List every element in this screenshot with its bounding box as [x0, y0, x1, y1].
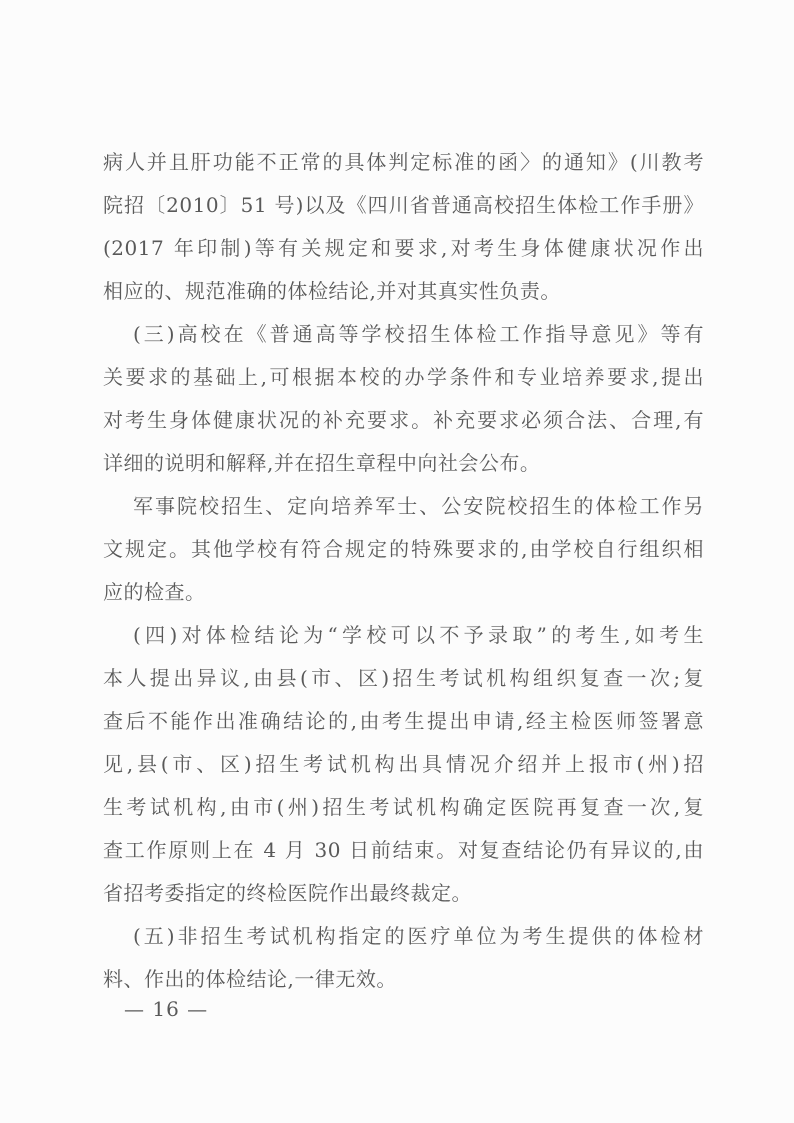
text-line: 相应的、规范准确的体检结论,并对其真实性负责。 — [103, 270, 704, 313]
text-line: 省招考委指定的终检医院作出最终裁定。 — [103, 872, 704, 915]
paragraph: 病人并且肝功能不正常的具体判定标准的函〉的通知》(川教考院招〔2010〕51 号… — [103, 141, 704, 313]
text-line: (五)非招生考试机构指定的医疗单位为考生提供的体检材 — [103, 915, 704, 958]
text-line: 查工作原则上在 4 月 30 日前结束。对复查结论仍有异议的,由 — [103, 829, 704, 872]
text-line: 详细的说明和解释,并在招生章程中向社会公布。 — [103, 442, 704, 485]
paragraph: (四)对体检结论为“学校可以不予录取”的考生,如考生本人提出异议,由县(市、区)… — [103, 614, 704, 915]
text-line: 病人并且肝功能不正常的具体判定标准的函〉的通知》(川教考 — [103, 141, 704, 184]
text-line: (2017 年印制)等有关规定和要求,对考生身体健康状况作出 — [103, 227, 704, 270]
paragraph: 军事院校招生、定向培养军士、公安院校招生的体检工作另文规定。其他学校有符合规定的… — [103, 485, 704, 614]
text-line: 生考试机构,由市(州)招生考试机构确定医院再复查一次,复 — [103, 786, 704, 829]
paragraph: (五)非招生考试机构指定的医疗单位为考生提供的体检材料、作出的体检结论,一律无效… — [103, 915, 704, 1001]
text-line: 应的检查。 — [103, 571, 704, 614]
paragraph: (三)高校在《普通高等学校招生体检工作指导意见》等有关要求的基础上,可根据本校的… — [103, 313, 704, 485]
text-line: 关要求的基础上,可根据本校的办学条件和专业培养要求,提出 — [103, 356, 704, 399]
text-line: 文规定。其他学校有符合规定的特殊要求的,由学校自行组织相 — [103, 528, 704, 571]
text-line: 查后不能作出准确结论的,由考生提出申请,经主检医师签署意 — [103, 700, 704, 743]
text-line: 军事院校招生、定向培养军士、公安院校招生的体检工作另 — [103, 485, 704, 528]
text-line: 本人提出异议,由县(市、区)招生考试机构组织复查一次;复 — [103, 657, 704, 700]
document-body: 病人并且肝功能不正常的具体判定标准的函〉的通知》(川教考院招〔2010〕51 号… — [103, 141, 704, 1001]
text-line: 见,县(市、区)招生考试机构出具情况介绍并上报市(州)招 — [103, 743, 704, 786]
document-page: 病人并且肝功能不正常的具体判定标准的函〉的通知》(川教考院招〔2010〕51 号… — [0, 0, 794, 1123]
text-line: 对考生身体健康状况的补充要求。补充要求必须合法、合理,有 — [103, 399, 704, 442]
text-line: (四)对体检结论为“学校可以不予录取”的考生,如考生 — [103, 614, 704, 657]
page-number: — 16 — — [124, 995, 208, 1023]
text-line: 院招〔2010〕51 号)以及《四川省普通高校招生体检工作手册》 — [103, 184, 704, 227]
text-line: (三)高校在《普通高等学校招生体检工作指导意见》等有 — [103, 313, 704, 356]
